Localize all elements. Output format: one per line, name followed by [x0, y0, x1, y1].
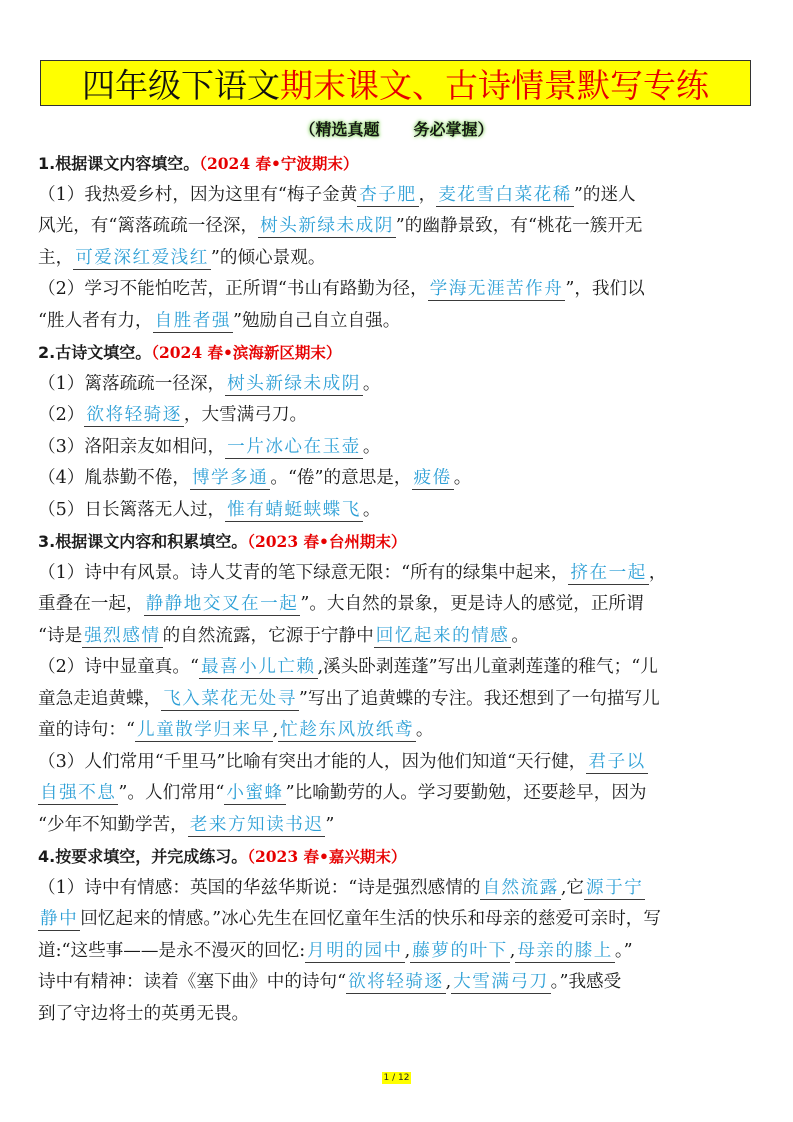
prompt-text: ”比喻勤劳的人。学习要勤勉，还要趁早，因为 — [286, 783, 647, 803]
prompt-text: （2） — [38, 405, 84, 425]
prompt-text: （5）日长篱落无人过， — [38, 500, 225, 520]
answer-blank: 欲将轻骑逐 — [84, 405, 183, 427]
prompt-text: 。 — [416, 720, 434, 740]
prompt-text: ”的幽静景致，有“桃花一簇开无 — [396, 216, 643, 236]
prompt-text: ”，我们以 — [565, 279, 644, 299]
prompt-text: （2）诗中显童真。“ — [38, 657, 199, 677]
prompt-text: 。 — [511, 626, 529, 646]
text-line: （1）篱落疏疏一径深，树头新绿未成阴。 — [38, 369, 758, 401]
prompt-text: 诗中有精神：读着《塞下曲》中的诗句“ — [38, 972, 346, 992]
text-line: 诗中有精神：读着《塞下曲》中的诗句“欲将轻骑逐,大雪满弓刀。”我感受 — [38, 967, 758, 999]
prompt-text: （3）人们常用“千里马”比喻有突出才能的人，因为他们知道“天行健， — [38, 752, 586, 772]
prompt-text: 重叠在一起， — [38, 594, 144, 614]
answer-blank: 欲将轻骑逐 — [346, 972, 445, 994]
text-line: （3）洛阳亲友如相问，一片冰心在玉壶。 — [38, 432, 758, 464]
answer-blank: 母亲的膝上 — [515, 941, 614, 963]
question-source: （2023 春•嘉兴期末） — [247, 847, 406, 866]
prompt-text: ,它 — [561, 878, 584, 898]
text-line: （3）人们常用“千里马”比喻有突出才能的人，因为他们知道“天行健，君子以 — [38, 747, 758, 779]
text-line: 道:“这些事——是永不漫灭的回忆:月明的园中,藤萝的叶下,母亲的膝上。” — [38, 936, 758, 968]
prompt-text: （1）诗中有情感：英国的华兹华斯说：“诗是强烈感情的 — [38, 878, 480, 898]
subtitle-right: 务必掌握） — [414, 120, 494, 139]
text-line: 重叠在一起，静静地交叉在一起”。大自然的景象，更是诗人的感觉，正所谓 — [38, 589, 758, 621]
text-line: （5）日长篱落无人过，惟有蜻蜓蛱蝶飞。 — [38, 495, 758, 527]
prompt-text: 的自然流露，它源于宁静中 — [163, 626, 374, 646]
prompt-text: 道:“这些事——是永不漫灭的回忆: — [38, 941, 305, 961]
prompt-text: ”写出了追黄蝶的专注。我还想到了一句描写儿 — [299, 689, 660, 709]
answer-blank: 博学多通 — [190, 468, 270, 490]
prompt-text: 。“倦”的意思是， — [270, 468, 411, 488]
question-title: 2.古诗文填空。 — [38, 343, 151, 362]
answer-blank: 强烈感情 — [82, 626, 162, 648]
answer-blank: 自然流露 — [480, 878, 560, 900]
prompt-text: ,溪头卧剥莲蓬”写出儿童剥莲蓬的稚气；“儿 — [318, 657, 658, 677]
title-black-part: 四年级下语文 — [82, 60, 280, 106]
prompt-text: 童急走追黄蝶， — [38, 689, 161, 709]
answer-blank: 树头新绿未成阴 — [225, 374, 363, 396]
text-line: （1）诗中有情感：英国的华兹华斯说：“诗是强烈感情的自然流露,它源于宁 — [38, 873, 758, 905]
text-line: （2）欲将轻骑逐，大雪满弓刀。 — [38, 400, 758, 432]
prompt-text: ”的倾心景观。 — [211, 248, 326, 268]
answer-blank: 可爱深红爱浅红 — [73, 248, 211, 270]
text-line: （1）诗中有风景。诗人艾青的笔下绿意无限：“所有的绿集中起来，挤在一起， — [38, 558, 758, 590]
answer-blank: 自胜者强 — [153, 311, 233, 333]
answer-blank: 学海无涯苦作舟 — [428, 279, 566, 301]
answer-blank: 藤萝的叶下 — [410, 941, 509, 963]
answer-blank: 一片冰心在玉壶 — [225, 437, 363, 459]
answer-blank: 忙趁东风放纸鸢 — [278, 720, 416, 742]
prompt-text: “少年不知勤学苦， — [38, 815, 188, 835]
document-page: 四年级下语文期末课文、古诗情景默写专练 （精选真题务必掌握） 1.根据课文内容填… — [0, 0, 793, 1122]
prompt-text: “诗是 — [38, 626, 82, 646]
question-heading: 4.按要求填空，并完成练习。（2023 春•嘉兴期末） — [38, 841, 758, 873]
prompt-text: （2）学习不能怕吃苦，正所谓“书山有路勤为径， — [38, 279, 428, 299]
prompt-text: ”。大自然的景象，更是诗人的感觉，正所谓 — [300, 594, 643, 614]
prompt-text: 。” — [615, 941, 633, 961]
prompt-text: 。 — [454, 468, 472, 488]
page-footer: 1 / 12 — [0, 1073, 793, 1083]
prompt-text: 童的诗句：“ — [38, 720, 135, 740]
question-source: （2024 春•滨海新区期末） — [151, 343, 341, 362]
text-line: （4）胤恭勤不倦，博学多通。“倦”的意思是，疲倦。 — [38, 463, 758, 495]
text-line: （1）我热爱乡村，因为这里有“梅子金黄杏子肥，麦花雪白菜花稀”的迷人 — [38, 180, 758, 212]
answer-blank: 静静地交叉在一起 — [144, 594, 301, 616]
page-indicator: 1 / 12 — [382, 1072, 412, 1084]
question-heading: 1.根据课文内容填空。（2024 春•宁波期末） — [38, 148, 758, 180]
text-line: 风光，有“篱落疏疏一径深，树头新绿未成阴”的幽静景致，有“桃花一簇开无 — [38, 211, 758, 243]
answer-blank: 自强不息 — [38, 783, 118, 805]
prompt-text: 主， — [38, 248, 73, 268]
answer-blank: 树头新绿未成阴 — [258, 216, 396, 238]
text-line: （2）诗中显童真。“最喜小儿亡赖,溪头卧剥莲蓬”写出儿童剥莲蓬的稚气；“儿 — [38, 652, 758, 684]
prompt-text: 。 — [363, 374, 381, 394]
answer-blank: 月明的园中 — [305, 941, 404, 963]
answer-blank: 回忆起来的情感 — [374, 626, 512, 648]
text-line: （2）学习不能怕吃苦，正所谓“书山有路勤为径，学海无涯苦作舟”，我们以 — [38, 274, 758, 306]
text-line: 静中回忆起来的情感。”冰心先生在回忆童年生活的快乐和母亲的慈爱可亲时，写 — [38, 904, 758, 936]
text-line: 童的诗句：“儿童散学归来早,忙趁东风放纸鸢。 — [38, 715, 758, 747]
prompt-text: 。 — [363, 437, 381, 457]
question-title: 3.根据课文内容和积累填空。 — [38, 532, 247, 551]
prompt-text: 到了守边将士的英勇无畏。 — [38, 1004, 249, 1024]
prompt-text: ，大雪满弓刀。 — [184, 405, 307, 425]
question-heading: 3.根据课文内容和积累填空。（2023 春•台州期末） — [38, 526, 758, 558]
answer-blank: 大雪满弓刀 — [451, 972, 550, 994]
page-title: 四年级下语文期末课文、古诗情景默写专练 — [40, 60, 751, 106]
question-heading: 2.古诗文填空。（2024 春•滨海新区期末） — [38, 337, 758, 369]
prompt-text: 风光，有“篱落疏疏一径深， — [38, 216, 258, 236]
answer-blank: 惟有蜻蜓蛱蝶飞 — [225, 500, 363, 522]
answer-blank: 麦花雪白菜花稀 — [436, 185, 574, 207]
prompt-text: ”勉励自己自立自强。 — [233, 311, 400, 331]
text-line: 童急走追黄蝶，飞入菜花无处寻”写出了追黄蝶的专注。我还想到了一句描写儿 — [38, 684, 758, 716]
answer-blank: 老来方知读书迟 — [188, 815, 326, 837]
prompt-text: 回忆起来的情感。”冰心先生在回忆童年生活的快乐和母亲的慈爱可亲时，写 — [80, 909, 661, 929]
text-line: “诗是强烈感情的自然流露，它源于宁静中回忆起来的情感。 — [38, 621, 758, 653]
prompt-text: ” — [325, 815, 334, 835]
answer-blank: 君子以 — [586, 752, 647, 774]
text-line: 主，可爱深红爱浅红”的倾心景观。 — [38, 243, 758, 275]
questions-body: 1.根据课文内容填空。（2024 春•宁波期末）（1）我热爱乡村，因为这里有“梅… — [38, 148, 758, 1030]
answer-blank: 飞入菜花无处寻 — [161, 689, 299, 711]
question-source: （2023 春•台州期末） — [247, 532, 406, 551]
prompt-text: （3）洛阳亲友如相问， — [38, 437, 225, 457]
subtitle-left: （精选真题 — [299, 120, 379, 139]
question-source: （2024 春•宁波期末） — [199, 154, 358, 173]
title-red-part: 期末课文、古诗情景默写专练 — [280, 60, 709, 106]
answer-blank: 疲倦 — [412, 468, 454, 490]
prompt-text: 。 — [363, 500, 381, 520]
text-line: 到了守边将士的英勇无畏。 — [38, 999, 758, 1031]
answer-blank: 挤在一起 — [568, 563, 648, 585]
answer-blank: 杏子肥 — [357, 185, 418, 207]
answer-blank: 静中 — [38, 909, 80, 931]
prompt-text: “胜人者有力， — [38, 311, 153, 331]
text-line: “少年不知勤学苦，老来方知读书迟” — [38, 810, 758, 842]
prompt-text: ”。人们常用“ — [118, 783, 224, 803]
prompt-text: ， — [419, 185, 437, 205]
prompt-text: （1）诗中有风景。诗人艾青的笔下绿意无限：“所有的绿集中起来， — [38, 563, 568, 583]
answer-blank: 小蜜蜂 — [224, 783, 285, 805]
prompt-text: （1）篱落疏疏一径深， — [38, 374, 225, 394]
text-line: “胜人者有力，自胜者强”勉励自己自立自强。 — [38, 306, 758, 338]
prompt-text: （1）我热爱乡村，因为这里有“梅子金黄 — [38, 185, 357, 205]
question-title: 4.按要求填空，并完成练习。 — [38, 847, 247, 866]
prompt-text: 。”我感受 — [551, 972, 622, 992]
subtitle: （精选真题务必掌握） — [0, 117, 793, 140]
text-line: 自强不息”。人们常用“小蜜蜂”比喻勤劳的人。学习要勤勉，还要趁早，因为 — [38, 778, 758, 810]
prompt-text: ， — [649, 563, 667, 583]
answer-blank: 儿童散学归来早 — [135, 720, 273, 742]
question-title: 1.根据课文内容填空。 — [38, 154, 199, 173]
prompt-text: （4）胤恭勤不倦， — [38, 468, 190, 488]
answer-blank: 最喜小儿亡赖 — [199, 657, 318, 679]
answer-blank: 源于宁 — [584, 878, 645, 900]
prompt-text: ”的迷人 — [574, 185, 636, 205]
